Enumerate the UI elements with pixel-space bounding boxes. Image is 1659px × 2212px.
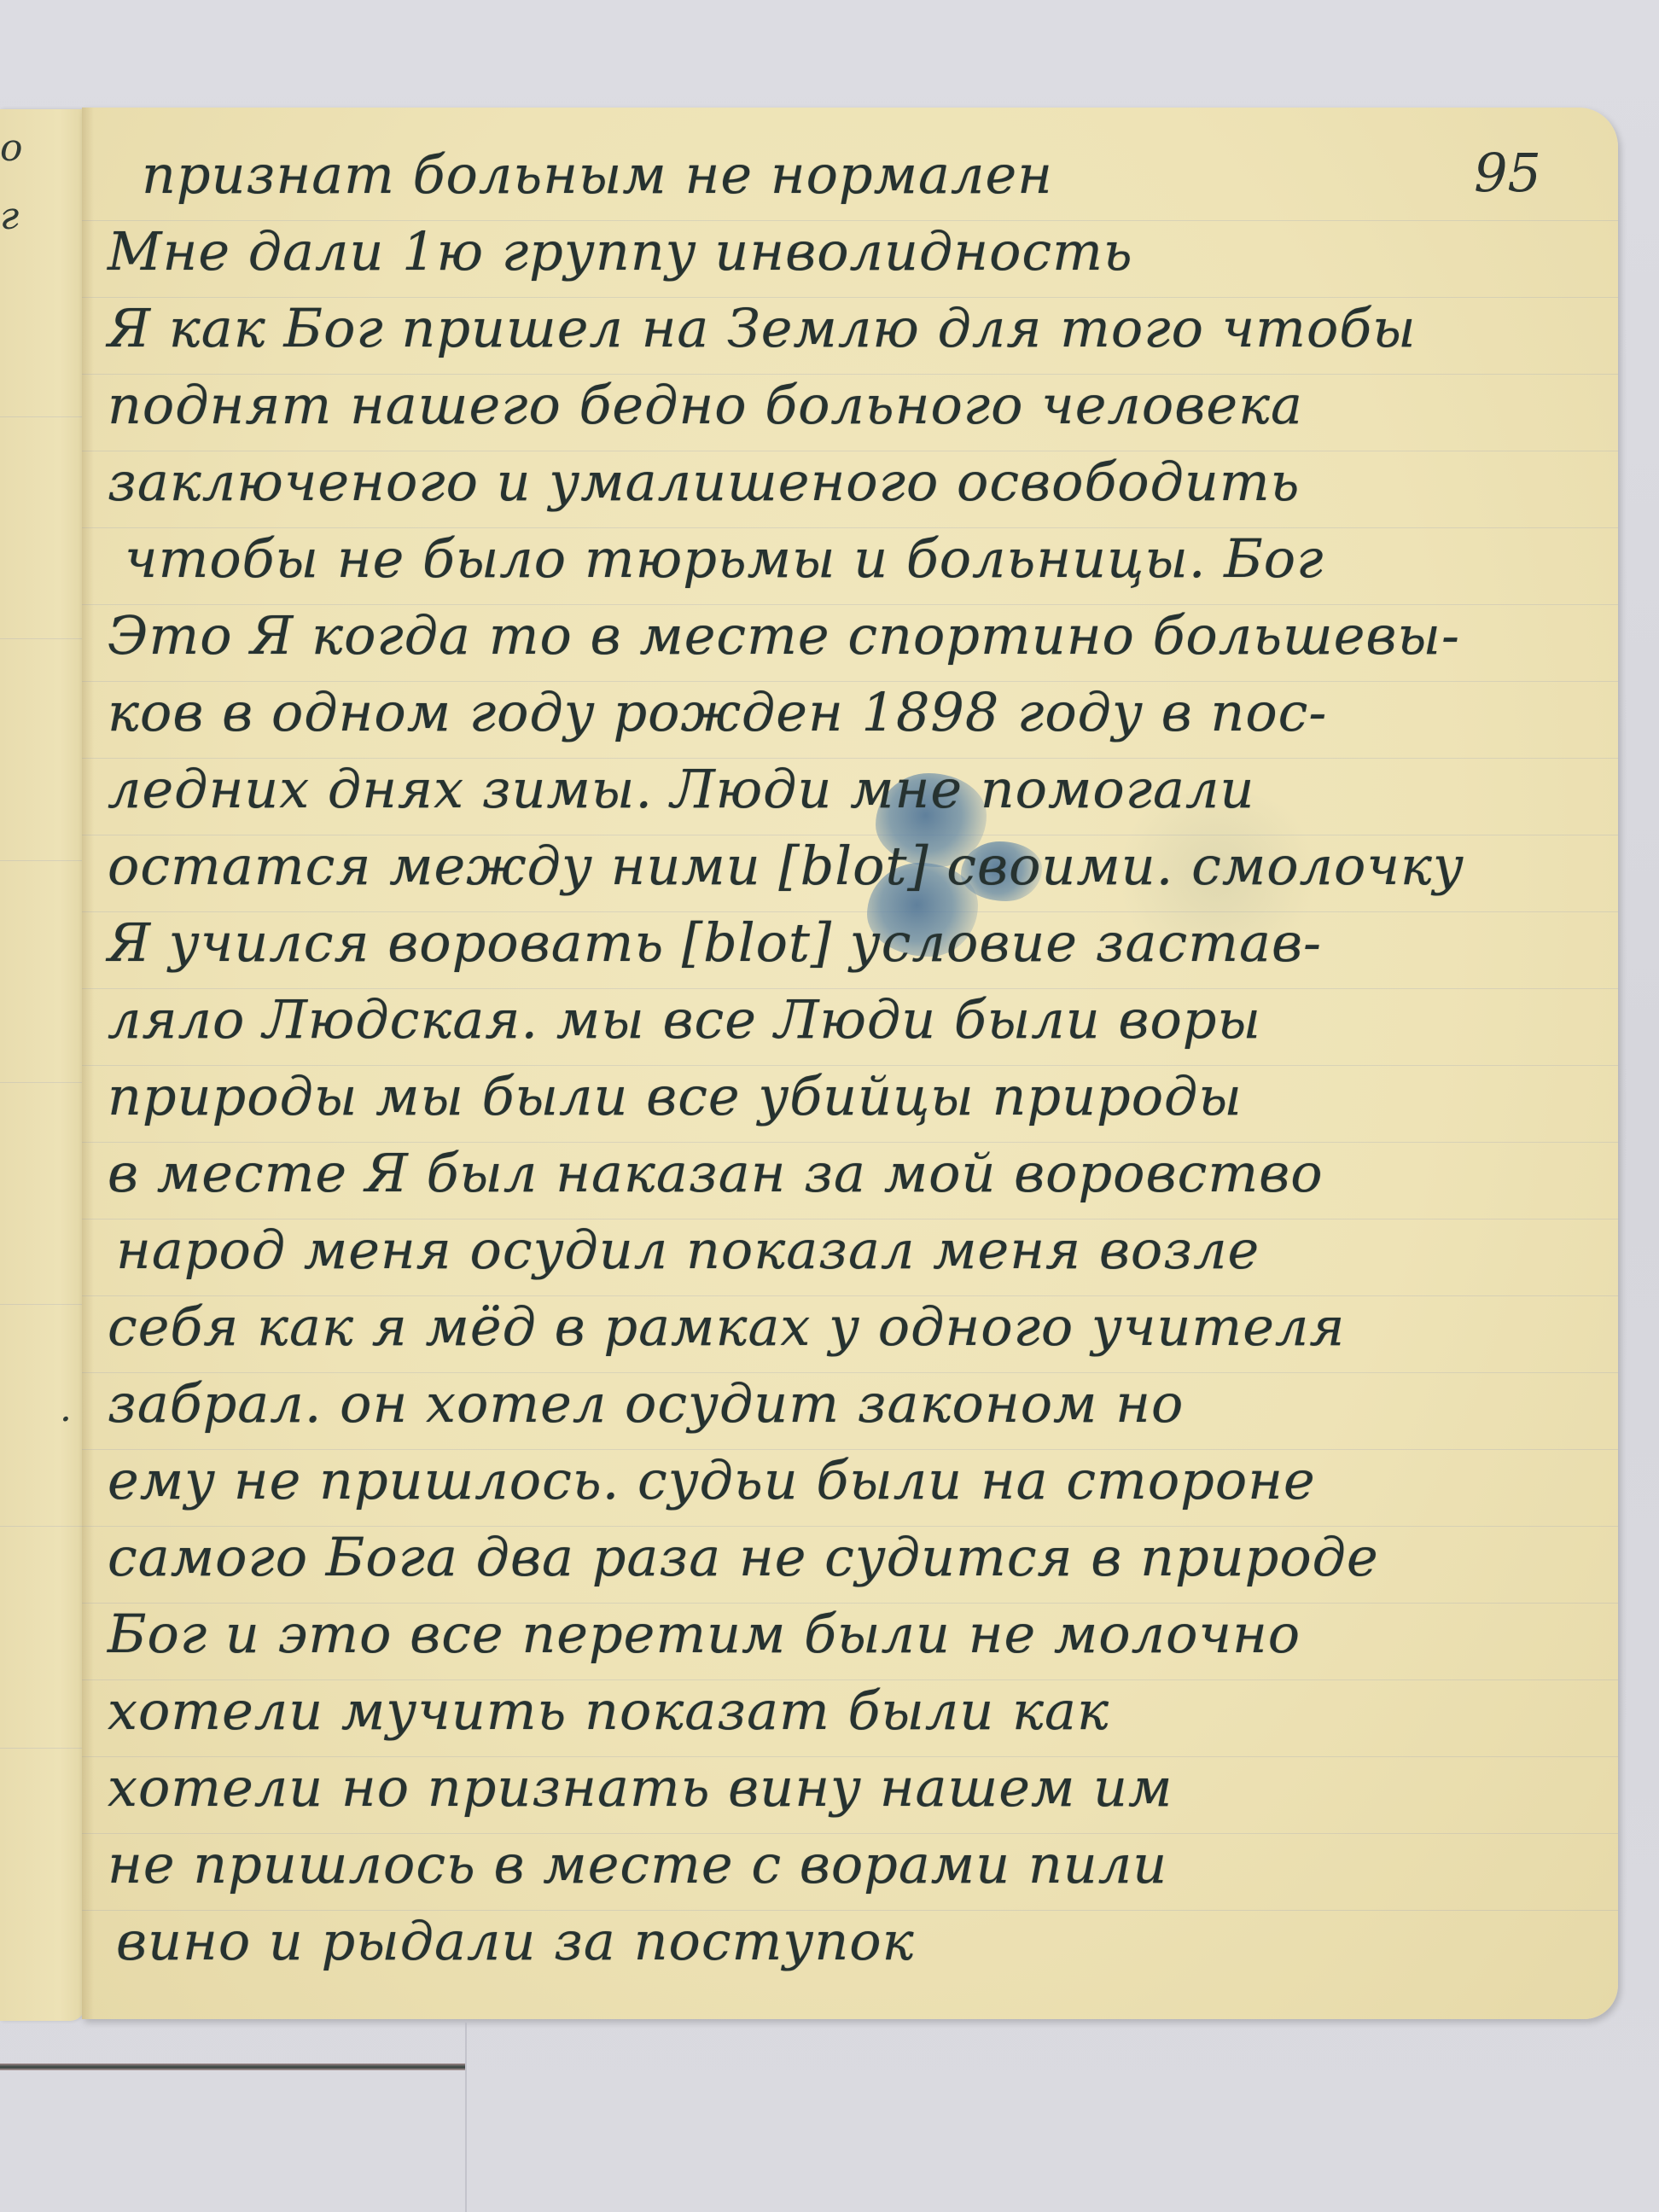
ruled-line	[0, 1526, 85, 1527]
text-line: не пришлось в месте с ворами пили	[108, 1833, 1167, 1895]
text-line: признат больным не нормален	[142, 143, 1053, 206]
text-line: себя как я мёд в рамках у одного учителя	[108, 1295, 1345, 1358]
ruler-edge	[0, 2064, 465, 2070]
text-line: ляло Людская. мы все Люди были воры	[108, 988, 1261, 1051]
previous-page-mark: ·	[60, 1398, 72, 1441]
text-line: в месте Я был наказан за мой воровство	[108, 1142, 1324, 1204]
previous-page-text: о	[0, 126, 23, 170]
text-line: ков в одном году рожден 1898 году в пос-	[108, 681, 1327, 743]
page-spine-shadow	[82, 108, 94, 2019]
text-line: заключеного и умалишеного освободить	[108, 451, 1300, 513]
text-line: Я как Бог пришел на Землю для того чтобы	[108, 297, 1417, 359]
text-line: вино и рыдали за поступок	[116, 1910, 915, 1972]
ruled-line	[0, 638, 85, 639]
text-line: хотели но признать вину нашем им	[108, 1756, 1173, 1819]
text-line: народ меня осудил показал меня возле	[116, 1219, 1260, 1281]
text-line: Бог и это все перетим были не молочно	[108, 1603, 1301, 1665]
text-line: природы мы были все убийцы природы	[108, 1065, 1243, 1127]
text-line: чтобы не было тюрьмы и больницы. Бог	[125, 527, 1324, 590]
ruled-line	[0, 1082, 85, 1083]
text-line: Я учился воровать [blot] условие застав-	[108, 911, 1322, 974]
previous-page-text: г	[0, 195, 19, 238]
page-number: 95	[1474, 142, 1541, 204]
text-line: хотели мучить показат были как	[108, 1679, 1109, 1742]
ruled-line	[0, 1304, 85, 1305]
text-line: ему не пришлось. судьи были на стороне	[108, 1449, 1316, 1511]
ruled-line	[0, 1748, 85, 1749]
text-line: Это Я когда то в месте спортино больше­в…	[108, 604, 1460, 667]
ruled-line	[0, 416, 85, 417]
text-line: забрал. он хотел осудит законом но	[108, 1372, 1184, 1435]
previous-page-fragment: о г ·	[0, 109, 85, 2021]
text-line: остатся между ними [blot] своими. смолоч…	[108, 835, 1464, 897]
ruled-line	[0, 860, 85, 861]
text-line: ледних днях зимы. Люди мне помогали	[108, 758, 1254, 820]
text-line: Мне дали 1ю группу инволидность	[108, 220, 1133, 282]
text-line: поднят нашего бедно больного человека	[108, 374, 1303, 436]
text-line: самого Бога два раза не судится в природ…	[108, 1526, 1379, 1588]
backing-sheet-edge	[465, 2023, 467, 2212]
notebook-page: 95 признат больным не нормален Мне дали …	[82, 108, 1618, 2019]
